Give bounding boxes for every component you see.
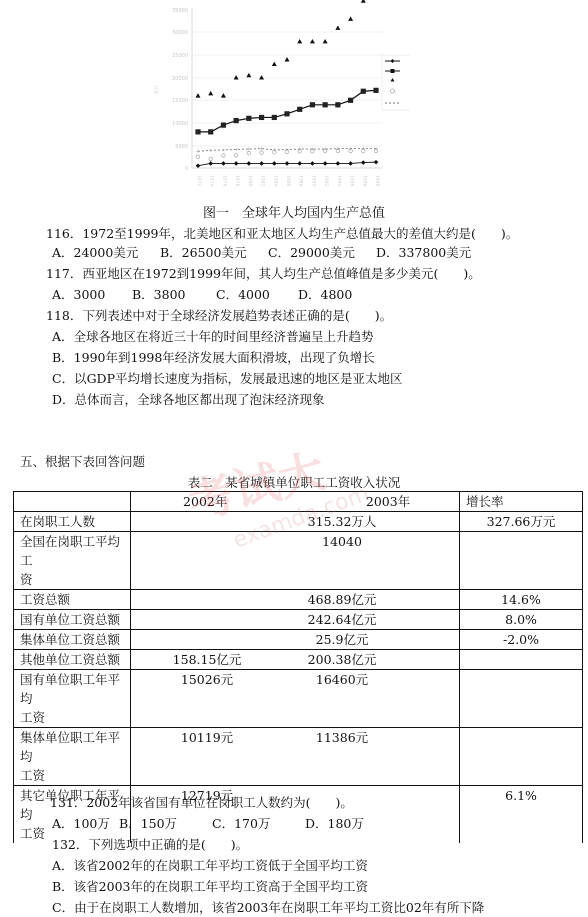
option-c[interactable]: C．4000 <box>216 285 298 303</box>
header-cell-years: 2002年 2003年 <box>131 492 460 512</box>
row-label: 全国在岗职工平均工资 <box>14 532 131 590</box>
growth-rate-value: 6.1% <box>466 786 576 805</box>
growth-rate <box>460 670 583 728</box>
y-axis-label: 美元 <box>153 85 160 95</box>
svg-text:1996: 1996 <box>349 175 355 187</box>
value-2002 <box>137 590 277 609</box>
chart-series <box>195 0 378 168</box>
series-triangle <box>196 0 379 98</box>
row-label: 国有单位工资总额 <box>14 610 131 630</box>
table-row: 全国在岗职工平均工资14040 <box>14 532 583 590</box>
table-row: 其他单位工资总额158.15亿元200.38亿元 <box>14 650 583 670</box>
svg-text:1988: 1988 <box>298 175 304 187</box>
series-diamond <box>196 160 379 168</box>
question-132-option-a[interactable]: A．该省2002年的在岗职工年平均工资低于全国平均工资 <box>52 856 368 874</box>
svg-text:25000: 25000 <box>172 53 188 59</box>
svg-text:15000: 15000 <box>172 98 188 104</box>
growth-rate: 14.6% <box>460 590 583 610</box>
value-2002: 158.15亿元 <box>137 650 277 669</box>
gdp-line-chart: 35000 30000 25000 20000 15000 10000 5000… <box>150 0 410 200</box>
value-2003: 25.9亿元 <box>277 630 407 649</box>
value-2003: 11386元 <box>277 728 407 747</box>
growth-rate: 8.0% <box>460 610 583 630</box>
row-label-line: 工资 <box>20 708 124 727</box>
growth-rate: -2.0% <box>460 630 583 650</box>
growth-rate-value: 327.66万元 <box>466 512 576 531</box>
row-label: 在岗职工人数 <box>14 512 131 532</box>
row-label-line: 其他单位工资总额 <box>20 650 124 669</box>
row-label-line: 国有单位工资总额 <box>20 610 124 629</box>
year-values: 15026元16460元 <box>131 670 460 728</box>
growth-rate-value: -2.0% <box>466 630 576 649</box>
row-label: 国有单位职工年平均工资 <box>14 670 131 728</box>
svg-text:1976: 1976 <box>221 175 227 187</box>
question-118-option-c[interactable]: C．以GDP平均增长速度为指标，发展最迅速的地区是亚太地区 <box>52 369 402 387</box>
table-row: 工资总额468.89亿元14.6% <box>14 590 583 610</box>
y-tick-labels: 35000 30000 25000 20000 15000 10000 5000… <box>172 8 188 172</box>
option-c[interactable]: C．170万 <box>212 814 305 832</box>
svg-text:1980: 1980 <box>247 175 253 187</box>
row-label-line: 工资 <box>20 766 124 785</box>
row-label-line: 工资总额 <box>20 590 124 609</box>
question-118-option-a[interactable]: A．全球各地区在将近三十年的时间里经济普遍呈上升趋势 <box>52 327 374 345</box>
section-heading: 五、根据下表回答问题 <box>20 452 145 470</box>
option-a[interactable]: A．3000 <box>52 285 132 303</box>
question-132-option-b[interactable]: B．该省2003年的在岗职工年平均工资高于全国平均工资 <box>52 877 368 895</box>
question-117: 117．西亚地区在1972到1999年间，其人均生产总值峰值是多少美元( )。 <box>46 264 481 282</box>
row-label-line: 全国在岗职工平均工 <box>20 532 124 570</box>
growth-rate-value: 8.0% <box>466 610 576 629</box>
svg-text:1999: 1999 <box>374 175 380 187</box>
growth-rate <box>460 650 583 670</box>
option-d[interactable]: D．180万 <box>305 816 364 831</box>
svg-text:1972: 1972 <box>196 175 202 187</box>
value-2002 <box>137 630 277 649</box>
question-118-option-d[interactable]: D．总体而言，全球各地区都出现了泡沫经济现象 <box>52 390 325 408</box>
value-2003: 468.89亿元 <box>277 590 407 609</box>
growth-rate <box>460 532 583 590</box>
year-values: 315.32万人 <box>131 512 460 532</box>
growth-rate: 6.1% <box>460 786 583 844</box>
svg-text:5000: 5000 <box>175 144 188 150</box>
question-118: 118．下列表述中对于全球经济发展趋势表述正确的是( )。 <box>46 306 392 324</box>
table-row: 集体单位职工年平均工资10119元11386元 <box>14 728 583 786</box>
svg-text:20000: 20000 <box>172 76 188 82</box>
value-2003: 16460元 <box>277 670 407 689</box>
svg-text:1984: 1984 <box>272 175 278 187</box>
question-131: 131．2002年该省国有单位在岗职工人数约为( )。 <box>50 793 353 811</box>
question-116-options: A．24000美元B．26500美元C．29000美元D．337800美元 <box>52 243 471 261</box>
value-2003: 315.32万人 <box>277 512 407 531</box>
year-values: 468.89亿元 <box>131 590 460 610</box>
year-values: 10119元11386元 <box>131 728 460 786</box>
value-2002 <box>137 512 277 531</box>
svg-text:10000: 10000 <box>172 121 188 127</box>
header-2002: 2002年 <box>137 492 323 511</box>
option-a[interactable]: A．100万 <box>52 814 119 832</box>
question-118-option-b[interactable]: B．1990年到1998年经济发展大面积滑坡，出现了负增长 <box>52 348 375 366</box>
svg-text:1994: 1994 <box>336 175 342 187</box>
growth-rate-value: 14.6% <box>466 590 576 609</box>
header-2003: 2003年 <box>323 492 453 511</box>
svg-text:1998: 1998 <box>361 175 367 187</box>
row-label-line: 资 <box>20 570 124 589</box>
option-d[interactable]: D．4800 <box>298 287 352 302</box>
chart-gridlines <box>192 32 382 146</box>
figure-caption: 图一 全球年人均国内生产总值 <box>0 202 588 221</box>
row-label-line: 在岗职工人数 <box>20 512 124 531</box>
option-b[interactable]: B．150万 <box>119 814 212 832</box>
value-2003: 242.64亿元 <box>277 610 407 629</box>
table-header-row: 2002年 2003年 增长率 <box>14 492 583 512</box>
table-title: 表二 某省城镇单位职工工资收入状况 <box>0 473 588 491</box>
option-d[interactable]: D．337800美元 <box>376 245 471 260</box>
question-132-option-c[interactable]: C．由于在岗职工人数增加，该省2003年在岗职工年平均工资比02年有所下降 <box>52 898 484 916</box>
option-b[interactable]: B．26500美元 <box>160 243 268 261</box>
year-values: 14040 <box>131 532 460 590</box>
value-2002 <box>137 532 277 551</box>
row-label-line: 集体单位工资总额 <box>20 630 124 649</box>
growth-rate: 327.66万元 <box>460 512 583 532</box>
value-2002: 10119元 <box>137 728 277 747</box>
svg-text:30000: 30000 <box>172 30 188 36</box>
x-tick-labels: 1972197419761978198019821984198619881990… <box>196 175 380 187</box>
header-growth-rate: 增长率 <box>460 492 583 512</box>
option-c[interactable]: C．29000美元 <box>268 243 376 261</box>
value-2002 <box>137 610 277 629</box>
svg-text:1974: 1974 <box>209 175 215 187</box>
question-132: 132．下列选项中正确的是( )。 <box>52 835 248 853</box>
question-116: 116．1972至1999年，北美地区和亚太地区人均生产总值最大的差值大约是( … <box>46 224 518 242</box>
svg-text:1978: 1978 <box>234 175 240 187</box>
chart-legend <box>382 55 410 110</box>
row-label: 集体单位职工年平均工资 <box>14 728 131 786</box>
svg-text:35000: 35000 <box>172 8 188 14</box>
value-2002: 15026元 <box>137 670 277 689</box>
growth-rate <box>460 728 583 786</box>
svg-text:1982: 1982 <box>260 175 266 187</box>
row-label: 工资总额 <box>14 590 131 610</box>
year-values: 25.9亿元 <box>131 630 460 650</box>
row-label-line: 国有单位职工年平均 <box>20 670 124 708</box>
value-2003: 200.38亿元 <box>277 650 407 669</box>
option-b[interactable]: B．3800 <box>132 285 216 303</box>
series-dash <box>197 147 378 153</box>
year-values: 242.64亿元 <box>131 610 460 630</box>
question-117-options: A．3000B．3800C．4000D．4800 <box>52 285 352 303</box>
question-131-options: A．100万B．150万C．170万D．180万 <box>52 814 364 832</box>
table-row: 在岗职工人数315.32万人327.66万元 <box>14 512 583 532</box>
table-row: 国有单位工资总额242.64亿元8.0% <box>14 610 583 630</box>
option-a[interactable]: A．24000美元 <box>52 243 160 261</box>
wage-table: 2002年 2003年 增长率 在岗职工人数315.32万人327.66万元全国… <box>13 491 583 843</box>
svg-text:1992: 1992 <box>323 175 329 187</box>
row-label-line: 集体单位职工年平均 <box>20 728 124 766</box>
value-2003: 14040 <box>277 532 407 551</box>
row-label: 集体单位工资总额 <box>14 630 131 650</box>
svg-text:0: 0 <box>185 166 188 172</box>
table-row: 国有单位职工年平均工资15026元16460元 <box>14 670 583 728</box>
svg-text:1986: 1986 <box>285 175 291 187</box>
table-row: 集体单位工资总额25.9亿元-2.0% <box>14 630 583 650</box>
year-values: 158.15亿元200.38亿元 <box>131 650 460 670</box>
header-cell-empty <box>14 492 131 512</box>
svg-text:1990: 1990 <box>310 175 316 187</box>
row-label: 其他单位工资总额 <box>14 650 131 670</box>
